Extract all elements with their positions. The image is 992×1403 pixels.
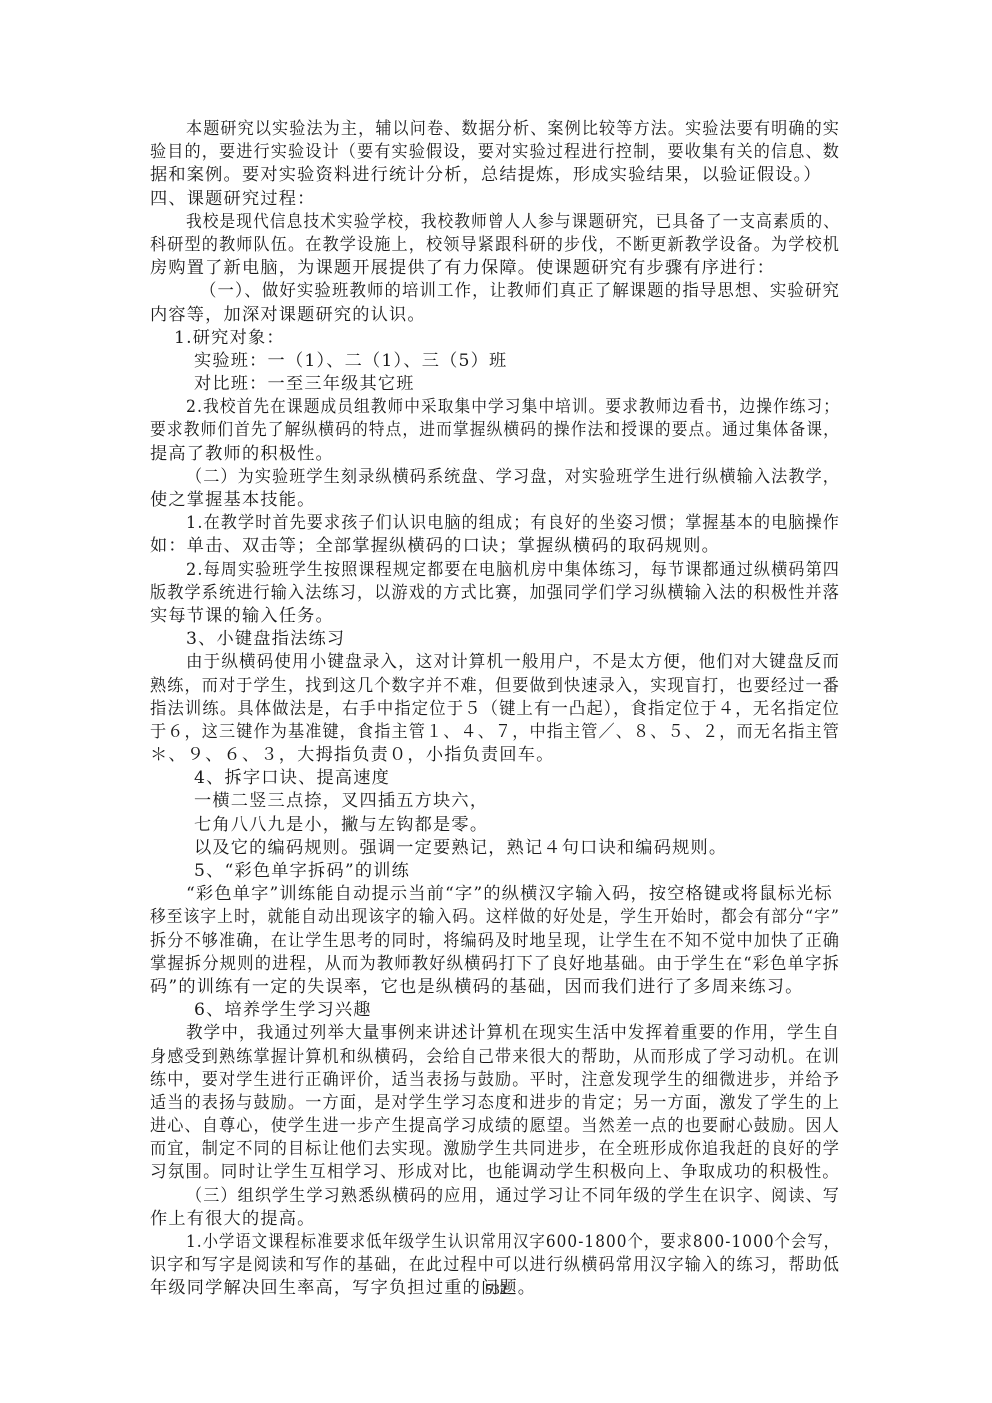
text-line: 内容等，加深对课题研究的认识。 (150, 304, 840, 327)
text-line: 实每节课的输入任务。 (150, 605, 840, 628)
page-number: 532 (0, 1282, 992, 1299)
text-line: 6、培养学生学习兴趣 (150, 999, 840, 1022)
text-line: 于６，这三键作为基准键，食指主管１、４、７，中指主管／、８、５、２，而无名指主管 (150, 721, 840, 744)
text-line: 移至该字上时，就能自动出现该字的输入码。这样做的好处是，学生开始时，都会有部分“… (150, 906, 840, 929)
text-line: 七角八八九是小，撇与左钩都是零。 (150, 814, 840, 837)
text-line: 本题研究以实验法为主，辅以问卷、数据分析、案例比较等方法。实验法要有明确的实 (150, 118, 840, 141)
text-line: 科研型的教师队伍。在教学设施上，校领导紧跟科研的步伐，不断更新教学设备。为学校机 (150, 234, 840, 257)
text-line: （三）组织学生学习熟悉纵横码的应用，通过学习让不同年级的学生在识字、阅读、写 (150, 1185, 840, 1208)
text-line: 验目的，要进行实验设计（要有实验假设，要对实验过程进行控制，要收集有关的信息、数 (150, 141, 840, 164)
text-line: 进心、自尊心，使学生进一步产生提高学习成绩的愿望。当然差一点的也要耐心鼓励。因人 (150, 1115, 840, 1138)
text-line: 据和案例。要对实验资料进行统计分析，总结提炼，形成实验结果，以验证假设。） (150, 164, 840, 187)
text-line: 身感受到熟练掌握计算机和纵横码，会给自己带来很大的帮助，从而形成了学习动机。在训 (150, 1046, 840, 1069)
text-line: 以及它的编码规则。强调一定要熟记，熟记４句口诀和编码规则。 (150, 837, 840, 860)
text-line: 识字和写字是阅读和写作的基础，在此过程中可以进行纵横码常用汉字输入的练习，帮助低 (150, 1254, 840, 1277)
text-line: 练中，要对学生进行正确评价，适当表扬与鼓励。平时，注意发现学生的细微进步，并给予 (150, 1069, 840, 1092)
text-line: 拆分不够准确，在让学生思考的同时，将编码及时地呈现，让学生在不知不觉中加快了正确 (150, 930, 840, 953)
text-line: 1.在教学时首先要求孩子们认识电脑的组成；有良好的坐姿习惯；掌握基本的电脑操作 (150, 512, 840, 535)
text-line: 使之掌握基本技能。 (150, 489, 840, 512)
text-line: 2.每周实验班学生按照课程规定都要在电脑机房中集体练习，每节课都通过纵横码第四 (150, 559, 840, 582)
text-line: 要求教师们首先了解纵横码的特点，进而掌握纵横码的操作法和授课的要点。通过集体备课… (150, 419, 840, 442)
text-line: 如：单击、双击等；全部掌握纵横码的口诀；掌握纵横码的取码规则。 (150, 535, 840, 558)
text-line: 四、课题研究过程： (150, 188, 840, 211)
text-line: 对比班：一至三年级其它班 (150, 373, 840, 396)
text-line: 提高了教师的积极性。 (150, 443, 840, 466)
text-line: 掌握拆分规则的进程，从而为教师教好纵横码打下了良好地基础。由于学生在“彩色单字拆 (150, 953, 840, 976)
text-line: 由于纵横码使用小键盘录入，这对计算机一般用户，不是太方便，他们对大键盘反而 (150, 651, 840, 674)
text-line: 2.我校首先在课题成员组教师中采取集中学习集中培训。要求教师边看书，边操作练习； (150, 396, 840, 419)
text-line: 教学中，我通过列举大量事例来讲述计算机在现实生活中发挥着重要的作用，学生自 (150, 1022, 840, 1045)
text-line: 5、“彩色单字拆码”的训练 (150, 860, 840, 883)
text-line: “彩色单字”训练能自动提示当前“字”的纵横汉字输入码，按空格键或将鼠标光标 (150, 883, 840, 906)
text-line: 一横二竖三点捺，叉四插五方块六， (150, 790, 840, 813)
text-line: 码”的训练有一定的失误率，它也是纵横码的基础，因而我们进行了多周来练习。 (150, 976, 840, 999)
document-body: 本题研究以实验法为主，辅以问卷、数据分析、案例比较等方法。实验法要有明确的实验目… (150, 118, 840, 1301)
text-line: 我校是现代信息技术实验学校，我校教师曾人人参与课题研究，已具备了一支高素质的、 (150, 211, 840, 234)
text-line: 作上有很大的提高。 (150, 1208, 840, 1231)
text-line: 适当的表扬与鼓励。一方面，是对学生学习态度和进步的肯定；另一方面，激发了学生的上 (150, 1092, 840, 1115)
text-line: 1.小学语文课程标准要求低年级学生认识常用汉字600-1800个，要求800-1… (150, 1231, 840, 1254)
text-line: 房购置了新电脑，为课题开展提供了有力保障。使课题研究有步骤有序进行： (150, 257, 840, 280)
text-line: 1.研究对象： (150, 327, 840, 350)
text-line: 4、拆字口诀、提高速度 (150, 767, 840, 790)
text-line: 实验班：一（1）、二（1）、三（5）班 (150, 350, 840, 373)
text-line: 熟练，而对于学生，找到这几个数字并不难，但要做到快速录入，实现盲打，也要经过一番 (150, 675, 840, 698)
text-line: 习氛围。同时让学生互相学习、形成对比，也能调动学生积极向上、争取成功的积极性。 (150, 1161, 840, 1184)
text-line: 3、小键盘指法练习 (150, 628, 840, 651)
text-line: （一）、做好实验班教师的培训工作，让教师们真正了解课题的指导思想、实验研究 (150, 280, 840, 303)
text-line: 版教学系统进行输入法练习，以游戏的方式比赛，加强同学们学习纵横输入法的积极性并落 (150, 582, 840, 605)
text-line: 指法训练。具体做法是，右手中指定位于５（键上有一凸起），食指定位于４，无名指定位 (150, 698, 840, 721)
text-line: （二）为实验班学生刻录纵横码系统盘、学习盘，对实验班学生进行纵横输入法教学， (150, 466, 840, 489)
text-line: ＊、９、６、３，大拇指负责０，小指负责回车。 (150, 744, 840, 767)
text-line: 而宜，制定不同的目标让他们去实现。激励学生共同进步，在全班形成你追我赶的良好的学 (150, 1138, 840, 1161)
